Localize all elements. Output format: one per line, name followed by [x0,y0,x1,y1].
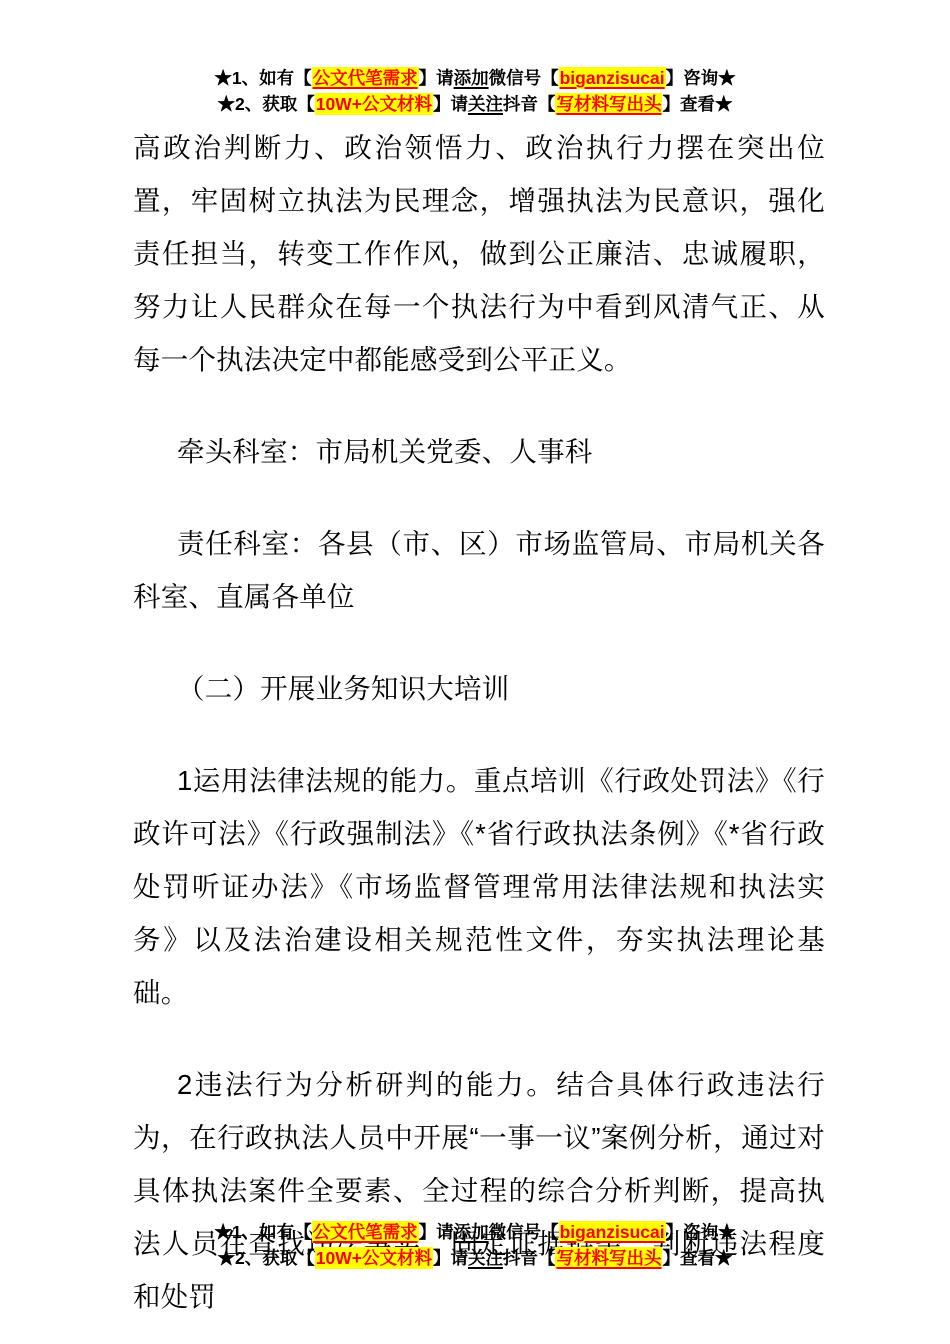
promo-douyin-id: 写材料写出头 [555,93,662,115]
document-page: ★1、如有【公文代笔需求】请添加微信号【biganzisucai】咨询★ ★2、… [0,0,950,1344]
promo-materials-phrase: 10W+公文材料 [315,1247,433,1269]
promo-text: 】请 [433,94,468,114]
promo-text: 】咨询★ [666,68,736,88]
document-paragraph: 牵头科室：市局机关党委、人事科 [133,425,825,478]
promo-action-follow: 关注 [468,1248,503,1268]
promo-line-2: ★2、获取【10W+公文材料】请关注抖音【写材料写出头】查看★ [0,91,950,117]
promo-action-follow: 关注 [468,94,503,114]
promo-service-phrase: 公文代笔需求 [312,1221,419,1243]
promo-text: 抖音【 [503,1248,556,1268]
document-paragraph: 高政治判断力、政治领悟力、政治执行力摆在突出位置，牢固树立执法为民理念，增强执法… [133,121,825,386]
document-paragraph: 责任科室：各县（市、区）市场监管局、市局机关各科室、直属各单位 [133,517,825,623]
promo-text: 抖音【 [503,94,556,114]
promo-text: 】请 [419,68,454,88]
promo-action-add: 添加 [454,1222,489,1242]
document-paragraph: （二）开展业务知识大培训 [133,662,825,715]
promo-line-2: ★2、获取【10W+公文材料】请关注抖音【写材料写出头】查看★ [0,1245,950,1271]
document-paragraph: 1运用法律法规的能力。重点培训《行政处罚法》《行政许可法》《行政强制法》《*省行… [133,754,825,1019]
promo-text: 】咨询★ [666,1222,736,1242]
promo-text: ★1、如有【 [214,1222,311,1242]
promo-text: 】请 [419,1222,454,1242]
promo-footer: ★1、如有【公文代笔需求】请添加微信号【biganzisucai】咨询★ ★2、… [0,1219,950,1271]
promo-text: 微信号【 [489,68,559,88]
promo-text: ★2、获取【 [218,94,315,114]
promo-line-1: ★1、如有【公文代笔需求】请添加微信号【biganzisucai】咨询★ [0,1219,950,1245]
promo-wechat-id: biganzisucai [559,1221,666,1243]
promo-text: 】查看★ [662,1248,732,1268]
document-body: 高政治判断力、政治领悟力、政治执行力摆在突出位置，牢固树立执法为民理念，增强执法… [133,121,825,1323]
promo-materials-phrase: 10W+公文材料 [315,93,433,115]
promo-service-phrase: 公文代笔需求 [312,67,419,89]
promo-text: 】请 [433,1248,468,1268]
document-paragraph: 2违法行为分析研判的能力。结合具体行政违法行为，在行政执法人员中开展“一事一议”… [133,1058,825,1323]
promo-text: 微信号【 [489,1222,559,1242]
promo-header: ★1、如有【公文代笔需求】请添加微信号【biganzisucai】咨询★ ★2、… [0,65,950,117]
promo-douyin-id: 写材料写出头 [555,1247,662,1269]
promo-text: ★2、获取【 [218,1248,315,1268]
promo-wechat-id: biganzisucai [559,67,666,89]
promo-text: 】查看★ [662,94,732,114]
promo-action-add: 添加 [454,68,489,88]
promo-line-1: ★1、如有【公文代笔需求】请添加微信号【biganzisucai】咨询★ [0,65,950,91]
promo-text: ★1、如有【 [214,68,311,88]
